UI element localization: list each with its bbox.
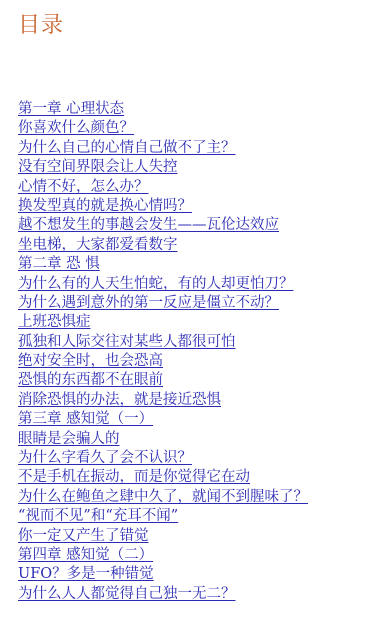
toc-item: 越不想发生的事越会发生——瓦伦达效应 (18, 216, 308, 235)
toc-link[interactable]: 为什么有的人天生怕蛇，有的人却更怕刀？ (18, 276, 294, 292)
toc-link[interactable]: UFO？多是一种错觉 (18, 566, 154, 582)
toc-item: 心情不好，怎么办？ (18, 178, 308, 197)
toc-link[interactable]: 为什么遇到意外的第一反应是僵立不动？ (18, 295, 279, 311)
toc-link-chapter-3[interactable]: 第三章 感知觉（一） (18, 411, 153, 427)
toc-link[interactable]: 你喜欢什么颜色？ (18, 120, 134, 136)
toc-item: 不是手机在振动，而是你觉得它在动 (18, 468, 308, 487)
toc-item: 孤独和人际交往对某些人都很可怕 (18, 333, 308, 352)
toc-list: 第一章 心理状态 你喜欢什么颜色？ 为什么自己的心情自己做不了主？ 没有空间界限… (18, 100, 308, 604)
toc-link-chapter-2[interactable]: 第二章 恐 惧 (18, 256, 100, 272)
toc-link[interactable]: 恐惧的东西都不在眼前 (18, 372, 163, 388)
toc-link[interactable]: 消除恐惧的办法，就是接近恐惧 (18, 392, 221, 408)
toc-item: 为什么人人都觉得自己独一无二？ (18, 585, 308, 604)
toc-item-chapter: 第三章 感知觉（一） (18, 410, 308, 429)
toc-item: 坐电梯，大家都爱看数字 (18, 236, 308, 255)
toc-item: 消除恐惧的办法，就是接近恐惧 (18, 391, 308, 410)
toc-item-chapter: 第二章 恐 惧 (18, 255, 308, 274)
toc-item: 恐惧的东西都不在眼前 (18, 371, 308, 390)
toc-item: 眼睛是会骗人的 (18, 430, 308, 449)
toc-link[interactable]: 越不想发生的事越会发生——瓦伦达效应 (18, 217, 279, 233)
toc-link-chapter-1[interactable]: 第一章 心理状态 (18, 101, 124, 117)
toc-item: 绝对安全时，也会恐高 (18, 352, 308, 371)
toc-item: 为什么字看久了会不认识？ (18, 449, 308, 468)
toc-link[interactable]: 为什么人人都觉得自己独一无二？ (18, 586, 236, 602)
toc-link[interactable]: 为什么在鲍鱼之肆中久了，就闻不到腥味了？ (18, 489, 308, 505)
toc-item: 为什么遇到意外的第一反应是僵立不动？ (18, 294, 308, 313)
toc-item: “视而不见”和“充耳不闻” (18, 507, 308, 526)
toc-link[interactable]: 不是手机在振动，而是你觉得它在动 (18, 469, 250, 485)
toc-link[interactable]: 你一定又产生了错觉 (18, 528, 149, 544)
toc-link[interactable]: 孤独和人际交往对某些人都很可怕 (18, 334, 236, 350)
toc-item: 为什么在鲍鱼之肆中久了，就闻不到腥味了？ (18, 488, 308, 507)
toc-item: 为什么有的人天生怕蛇，有的人却更怕刀？ (18, 275, 308, 294)
toc-link-chapter-4[interactable]: 第四章 感知觉（二） (18, 547, 153, 563)
toc-item: 你一定又产生了错觉 (18, 527, 308, 546)
toc-item: 换发型真的就是换心情吗？ (18, 197, 308, 216)
toc-link[interactable]: “视而不见”和“充耳不闻” (18, 508, 178, 524)
toc-item-chapter: 第一章 心理状态 (18, 100, 308, 119)
toc-link[interactable]: 为什么自己的心情自己做不了主？ (18, 140, 236, 156)
toc-link[interactable]: 为什么字看久了会不认识？ (18, 450, 192, 466)
toc-link[interactable]: 换发型真的就是换心情吗？ (18, 198, 192, 214)
toc-item: 没有空间界限会让人失控 (18, 158, 308, 177)
toc-item: 为什么自己的心情自己做不了主？ (18, 139, 308, 158)
toc-link[interactable]: 心情不好，怎么办？ (18, 179, 149, 195)
toc-link[interactable]: 眼睛是会骗人的 (18, 431, 120, 447)
toc-link[interactable]: 绝对安全时，也会恐高 (18, 353, 163, 369)
toc-link[interactable]: 上班恐惧症 (18, 314, 91, 330)
toc-link[interactable]: 没有空间界限会让人失控 (18, 159, 178, 175)
toc-item: 上班恐惧症 (18, 313, 308, 332)
toc-item: UFO？多是一种错觉 (18, 565, 308, 584)
toc-item-chapter: 第四章 感知觉（二） (18, 546, 308, 565)
toc-item: 你喜欢什么颜色？ (18, 119, 308, 138)
toc-title: 目录 (18, 8, 64, 39)
toc-link[interactable]: 坐电梯，大家都爱看数字 (18, 237, 178, 253)
